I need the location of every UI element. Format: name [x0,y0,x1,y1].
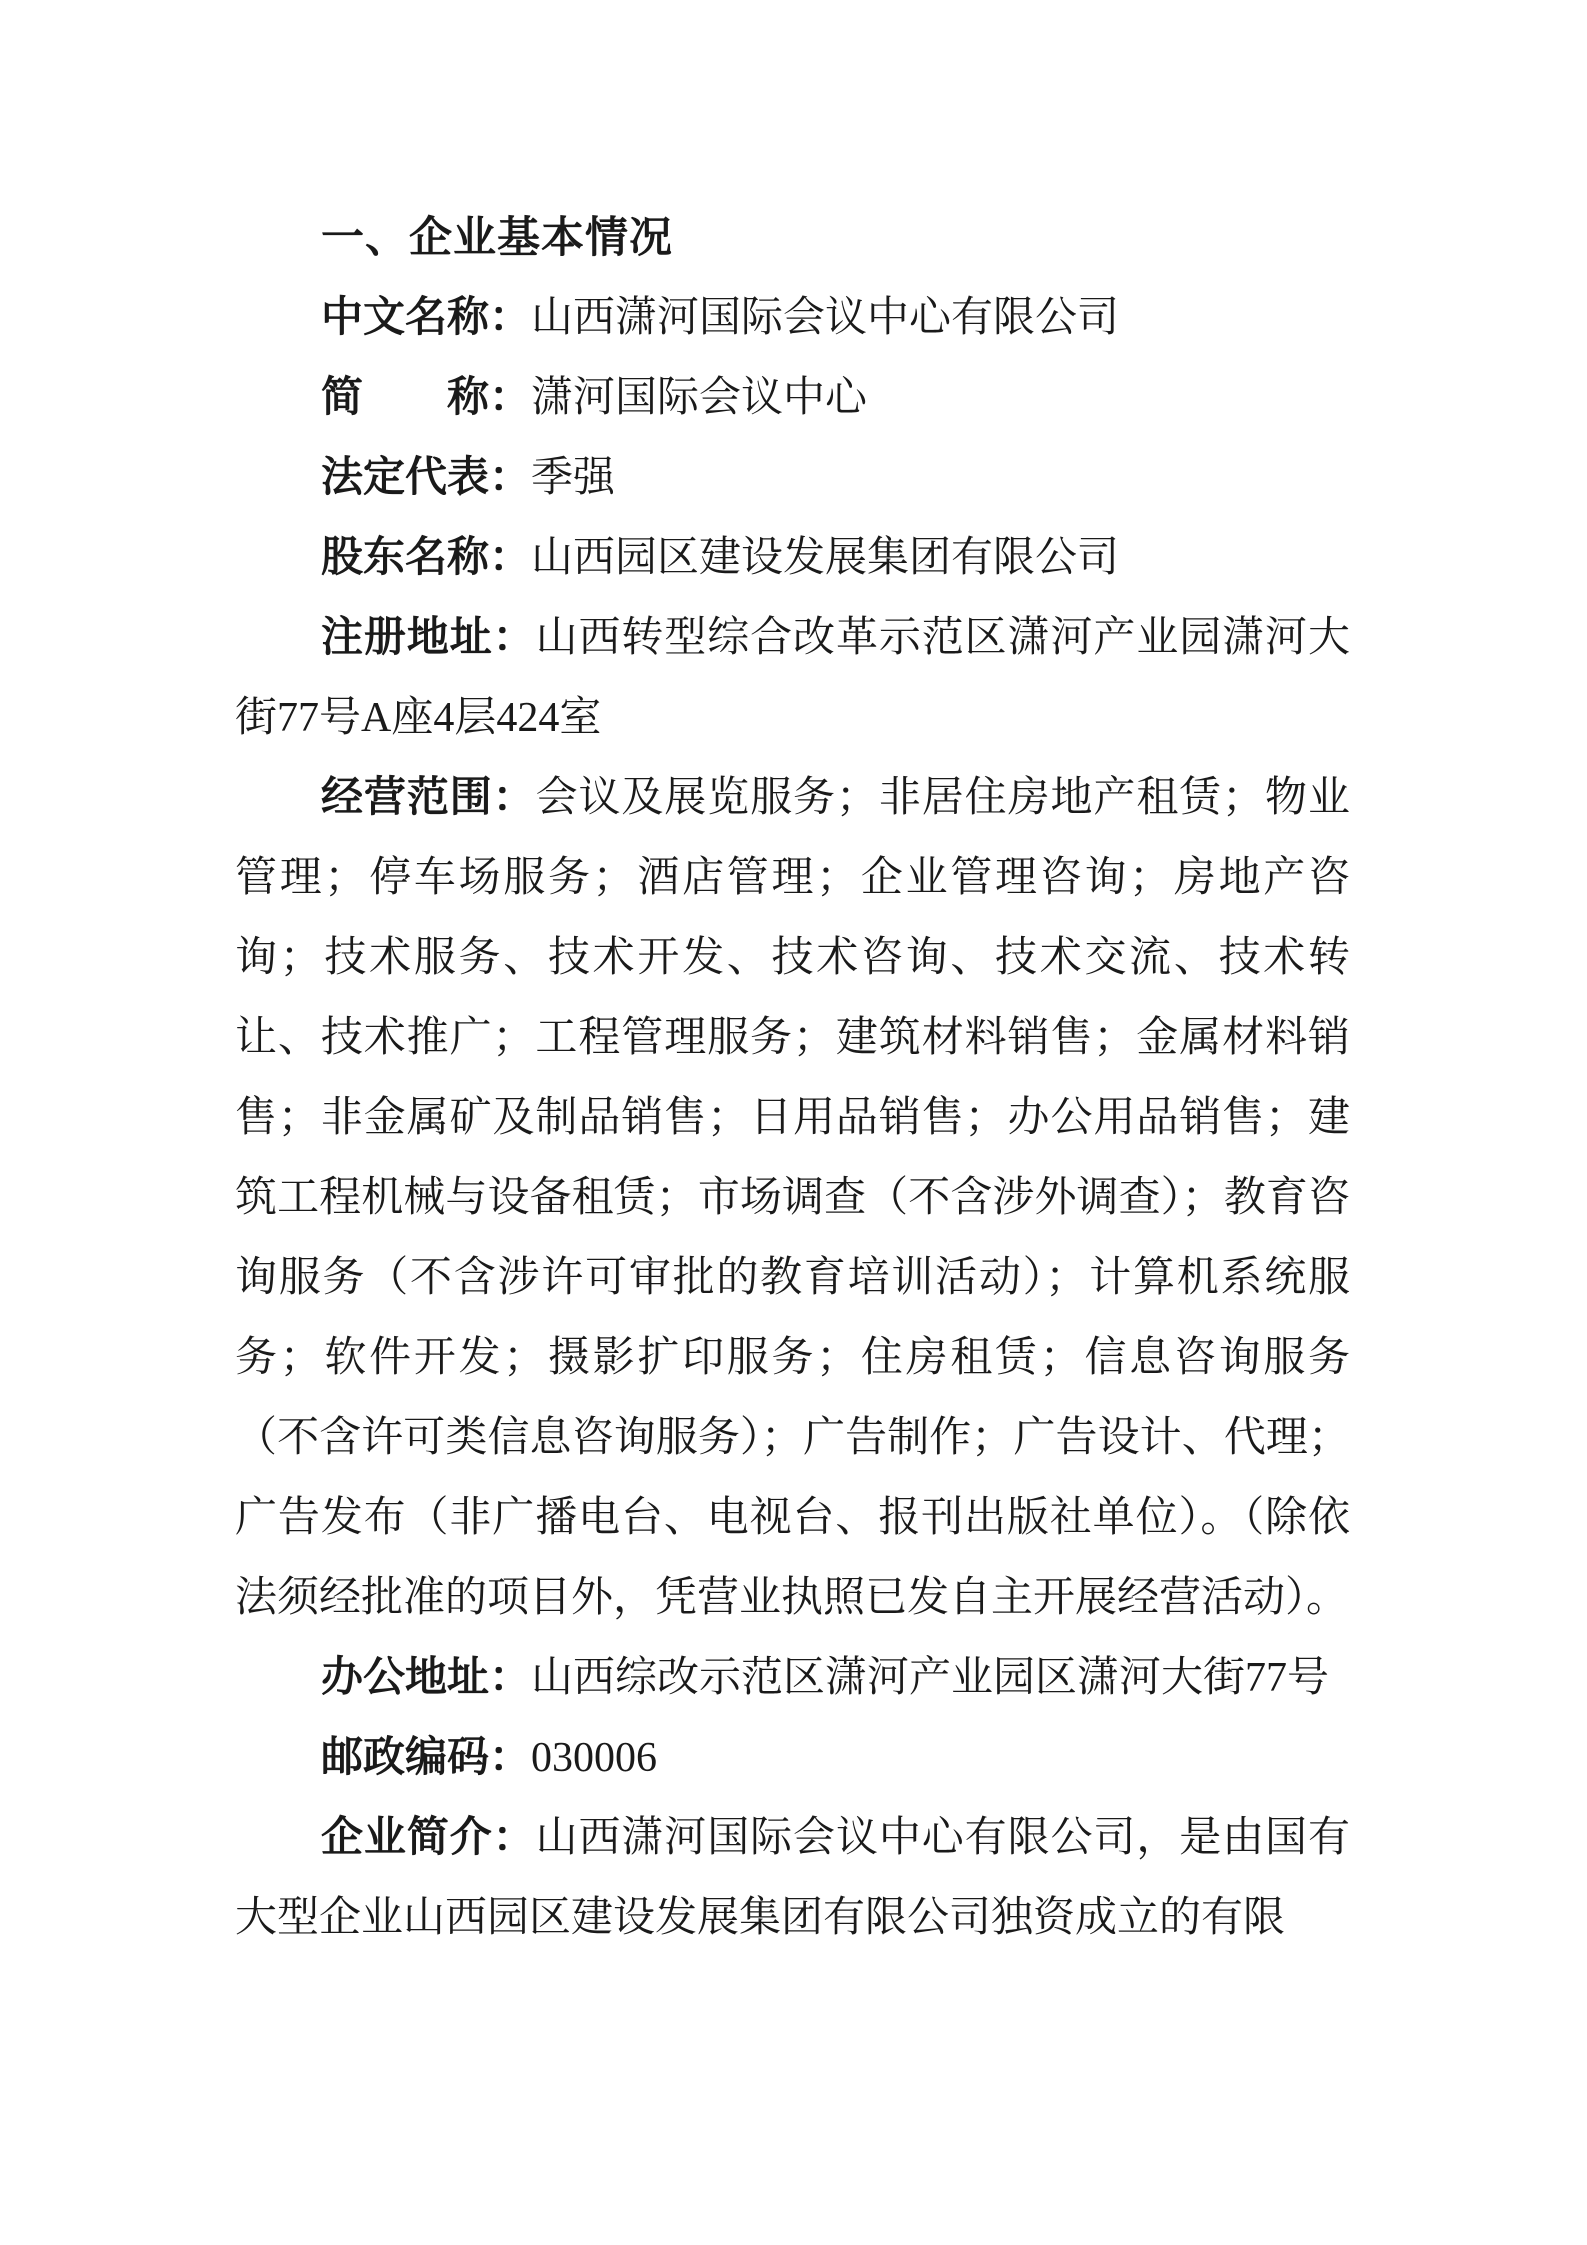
field-office-address: 办公地址：山西综改示范区潇河产业园区潇河大街77号 [235,1638,1350,1718]
field-chinese-name: 中文名称：山西潇河国际会议中心有限公司 [235,278,1350,358]
field-legal-representative-value: 季强 [531,455,615,501]
field-chinese-name-value: 山西潇河国际会议中心有限公司 [531,295,1119,341]
field-business-scope: 经营范围：会议及展览服务；非居住房地产租赁；物业管理；停车场服务；酒店管理；企业… [235,758,1350,1638]
field-office-address-value: 山西综改示范区潇河产业园区潇河大街77号 [531,1655,1329,1701]
field-company-profile-label: 企业简介： [321,1815,536,1861]
section-heading: 一、企业基本情况 [235,198,1350,278]
field-short-name-label: 简 称： [321,375,531,421]
field-short-name-value: 潇河国际会议中心 [531,375,867,421]
field-shareholder-name: 股东名称：山西园区建设发展集团有限公司 [235,518,1350,598]
field-registered-address-label: 注册地址： [321,615,536,661]
field-postal-code: 邮政编码：030006 [235,1718,1350,1798]
field-business-scope-label: 经营范围： [321,775,536,821]
field-chinese-name-label: 中文名称： [321,295,531,341]
field-postal-code-value: 030006 [531,1735,657,1781]
field-short-name: 简 称：潇河国际会议中心 [235,358,1350,438]
field-business-scope-value: 会议及展览服务；非居住房地产租赁；物业管理；停车场服务；酒店管理；企业管理咨询；… [235,775,1350,1621]
field-legal-representative-label: 法定代表： [321,455,531,501]
field-company-profile: 企业简介：山西潇河国际会议中心有限公司，是由国有大型企业山西园区建设发展集团有限… [235,1798,1350,1958]
field-shareholder-name-label: 股东名称： [321,535,531,581]
field-registered-address: 注册地址：山西转型综合改革示范区潇河产业园潇河大街77号A座4层424室 [235,598,1350,758]
document-page: 一、企业基本情况 中文名称：山西潇河国际会议中心有限公司 简 称：潇河国际会议中… [0,0,1587,2245]
field-shareholder-name-value: 山西园区建设发展集团有限公司 [531,535,1119,581]
field-office-address-label: 办公地址： [321,1655,531,1701]
field-legal-representative: 法定代表：季强 [235,438,1350,518]
field-postal-code-label: 邮政编码： [321,1735,531,1781]
